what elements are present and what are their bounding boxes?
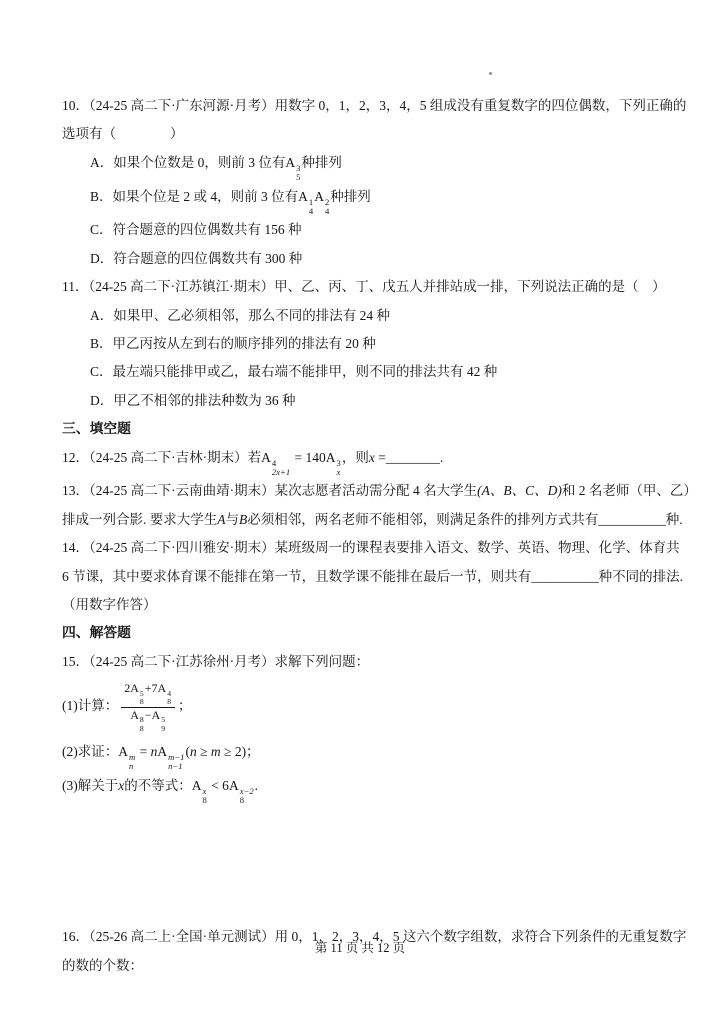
q15-part2-label: (2)求证： bbox=[62, 744, 118, 759]
math-equals: = bbox=[136, 744, 150, 759]
worksheet-page: 10．（24-25 高二下·广东河源·月考）用数字 0，1，2，3，4，5 组成… bbox=[0, 0, 720, 1018]
math-sup-sub: 42x+1 bbox=[272, 459, 290, 478]
math-less-than: < 6 bbox=[208, 778, 229, 793]
q10-stem-line1: 10．（24-25 高二下·广东河源·月考）用数字 0，1，2，3，4，5 组成… bbox=[62, 92, 672, 120]
fraction-denominator: A88−A59 bbox=[121, 707, 175, 733]
math-sup-sub: 35 bbox=[296, 164, 300, 183]
math-sup-sub: x−28 bbox=[240, 787, 254, 806]
math-geq: ≥ bbox=[197, 744, 211, 759]
math-base: A bbox=[285, 155, 295, 170]
q10-option-b-tail: 种排列 bbox=[330, 189, 371, 204]
math-var-m: m bbox=[211, 744, 221, 759]
math-base: A bbox=[118, 744, 128, 759]
page-content: 10．（24-25 高二下·广东河源·月考）用数字 0，1，2，3，4，5 组成… bbox=[62, 92, 672, 980]
q15-part1-end: ； bbox=[178, 698, 192, 713]
q15-part3-text: 的不等式： bbox=[124, 778, 192, 793]
math-base: A bbox=[298, 189, 308, 204]
q11-option-d: D．甲乙不相邻的排法种数为 36 种 bbox=[62, 387, 672, 415]
q12-text: 12．（24-25 高二下·吉林·期末）若 bbox=[62, 450, 261, 465]
math-base: −A bbox=[145, 708, 160, 722]
math-sub: 9 bbox=[161, 725, 165, 733]
math-sub: 8 bbox=[140, 725, 144, 733]
math-sub: 4 bbox=[325, 207, 329, 216]
math-students-list: (A、B、C、D) bbox=[477, 483, 562, 498]
q13-blank: 必须相邻，两名老师不能相邻，则满足条件的排列方式共有__________种. bbox=[247, 512, 682, 527]
q15-part3-end: . bbox=[255, 778, 258, 793]
q10-stem-line2: 选项有（ ） bbox=[62, 120, 672, 148]
q11-option-c: C．最左端只能排甲或乙，最右端不能排甲，则不同的排法共有 42 种 bbox=[62, 358, 672, 386]
q10-option-b-text: B．如果个位是 2 或 4，则前 3 位有 bbox=[90, 189, 298, 204]
math-sup-sub: mn bbox=[129, 753, 135, 772]
math-fraction: 2A58+7A48A88−A59 bbox=[121, 681, 175, 733]
math-sub: x bbox=[337, 468, 341, 477]
math-sup-sub: 48 bbox=[167, 690, 171, 707]
math-base: A bbox=[326, 450, 336, 465]
math-cond-end: ≥ 2)； bbox=[221, 744, 260, 759]
math-sub: 5 bbox=[296, 173, 300, 182]
math-sub: 2x+1 bbox=[272, 468, 290, 477]
math-base: A bbox=[261, 450, 271, 465]
ink-speck bbox=[489, 72, 492, 75]
q11-stem: 11．（24-25 高二下·江苏镇江·期末）甲、乙、丙、丁、戊五人并排站成一排，… bbox=[62, 273, 672, 301]
math-sub: n bbox=[129, 762, 133, 771]
math-sub: 8 bbox=[140, 698, 144, 706]
q15-part2: (2)求证：Amn = nAm−1n−1(n ≥ m ≥ 2)； bbox=[62, 738, 672, 772]
q12-blank: =________. bbox=[375, 450, 443, 465]
math-base: +7A bbox=[145, 681, 166, 695]
math-var-B: B bbox=[239, 512, 247, 527]
q13-text: 排成一列合影. 要求大学生 bbox=[62, 512, 217, 527]
q11-option-a: A．如果甲、乙必须相邻，那么不同的排法有 24 种 bbox=[62, 302, 672, 330]
math-sub: 8 bbox=[203, 796, 207, 805]
math-sup-sub: m−1n−1 bbox=[168, 753, 184, 772]
blank-working-space bbox=[62, 805, 672, 923]
q12-equals: = 140 bbox=[291, 450, 326, 465]
q10-option-a-tail: 种排列 bbox=[301, 155, 342, 170]
q13-text: 与 bbox=[226, 512, 240, 527]
math-base: A bbox=[314, 189, 324, 204]
q15-part3: (3)解关于x的不等式：Ax8 < 6Ax−28. bbox=[62, 772, 672, 806]
section-heading-fill-in: 三、填空题 bbox=[62, 415, 672, 443]
q12-then: ，则 bbox=[342, 450, 369, 465]
q15-part3-label: (3)解关于 bbox=[62, 778, 118, 793]
q12-stem: 12．（24-25 高二下·吉林·期末）若A42x+1 = 140A3x，则x … bbox=[62, 444, 672, 478]
math-sub: 8 bbox=[240, 796, 244, 805]
math-base: A bbox=[192, 778, 202, 793]
q13-stem-line1: 13．（24-25 高二下·云南曲靖·期末）某次志愿者活动需分配 4 名大学生(… bbox=[62, 477, 672, 505]
math-sup-sub: 88 bbox=[140, 716, 144, 733]
math-base: A bbox=[157, 744, 167, 759]
math-sup-sub: 58 bbox=[140, 690, 144, 707]
math-sup-sub: 14 bbox=[309, 198, 313, 217]
q10-option-b: B．如果个位是 2 或 4，则前 3 位有A14A24种排列 bbox=[62, 183, 672, 217]
q14-stem-line2: 6 节课，其中要求体育课不能排在第一节，且数学课不能排在最后一节，则共有____… bbox=[62, 563, 672, 591]
section-heading-solve: 四、解答题 bbox=[62, 619, 672, 647]
q11-option-b: B．甲乙丙按从左到右的顺序排列的排法有 20 种 bbox=[62, 330, 672, 358]
math-sup-sub: 24 bbox=[325, 198, 329, 217]
q13-stem-line2: 排成一列合影. 要求大学生A与B必须相邻，两名老师不能相邻，则满足条件的排列方式… bbox=[62, 506, 672, 534]
q15-part1: (1)计算：2A58+7A48A88−A59； bbox=[62, 676, 672, 738]
q15-part1-label: (1)计算： bbox=[62, 698, 118, 713]
q13-text: 13．（24-25 高二下·云南曲靖·期末）某次志愿者活动需分配 4 名大学生 bbox=[62, 483, 477, 498]
math-base: A bbox=[229, 778, 239, 793]
page-number-footer: 第 11 页 共 12 页 bbox=[0, 938, 720, 958]
math-sub: 4 bbox=[309, 207, 313, 216]
q15-stem: 15．（24-25 高二下·江苏徐州·月考）求解下列问题： bbox=[62, 648, 672, 676]
math-sub: 8 bbox=[167, 698, 171, 706]
q14-stem-line1: 14．（24-25 高二下·四川雅安·期末）某班级周一的课程表要排入语文、数学、… bbox=[62, 534, 672, 562]
math-sup-sub: 59 bbox=[161, 716, 165, 733]
math-base: 2A bbox=[124, 681, 139, 695]
math-var-n: n bbox=[190, 744, 197, 759]
q14-note: （用数字作答） bbox=[62, 591, 672, 619]
q10-option-c: C．符合题意的四位偶数共有 156 种 bbox=[62, 216, 672, 244]
q13-text-tail: 和 2 名老师（甲、乙） bbox=[562, 483, 697, 498]
math-sup-sub: 3x bbox=[337, 459, 341, 478]
math-var-A: A bbox=[217, 512, 225, 527]
fraction-numerator: 2A58+7A48 bbox=[121, 681, 175, 706]
q10-option-d: D．符合题意的四位偶数共有 300 种 bbox=[62, 245, 672, 273]
math-base: A bbox=[130, 708, 139, 722]
q10-option-a-text: A．如果个位数是 0，则前 3 位有 bbox=[90, 155, 285, 170]
q10-option-a: A．如果个位数是 0，则前 3 位有A35种排列 bbox=[62, 149, 672, 183]
math-sup-sub: x8 bbox=[203, 787, 207, 806]
math-sub: n−1 bbox=[168, 762, 182, 771]
